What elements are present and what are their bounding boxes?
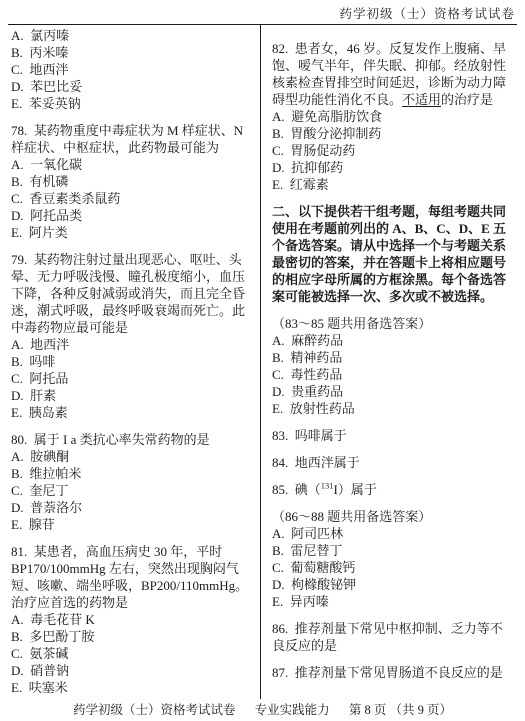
text-line: 使用在考题前列出的 A、B、C、D、E 五 <box>272 220 520 237</box>
text-line: 迷，潮式呼吸，最终呼吸衰竭而死亡。此 <box>11 302 255 319</box>
text-line: 良反应的是 <box>272 637 520 654</box>
group-86-88-options: （86～88 题共用备选答案）A. 阿司匹林B. 雷尼替丁C. 葡萄糖酸钙D. … <box>272 508 520 610</box>
text-line: 80. 属于 I a 类抗心率失常药物的是 <box>11 431 255 448</box>
text-line: 案可能被选择一次、多次或不被选择。 <box>272 288 520 305</box>
text-line: C. 毒性药品 <box>272 366 520 383</box>
header-rule <box>8 24 517 25</box>
text-line: 下降，各种反射减弱或消失，而且完全昏 <box>11 285 255 302</box>
question-81: 81. 某患者，高血压病史 30 年，平时BP170/100mmHg 左右，突然… <box>11 543 255 696</box>
text-line: 的相应字母所属的方框涂黑。每个备选答 <box>272 271 520 288</box>
footer-page-info: 第 8 页 （共 9 页） <box>349 703 452 717</box>
text-line: A. 避免高脂肪饮食 <box>272 108 520 125</box>
question-78: 78. 某药物重度中毒症状为 M 样症状、N样症状、中枢症状，此药物最可能为A.… <box>11 122 255 241</box>
text-line: D. 苯巴比妥 <box>11 78 255 95</box>
text-line: 85. 碘（131I）属于 <box>272 481 520 498</box>
text-line: D. 阿托品类 <box>11 207 255 224</box>
footer-subject: 专业实践能力 <box>255 703 330 717</box>
question-86: 86. 推荐剂量下常见中枢抑制、乏力等不良反应的是 <box>272 620 520 654</box>
text-line: 83. 吗啡属于 <box>272 427 520 444</box>
question-77-options: A. 氯丙嗪B. 丙米嗪C. 地西泮D. 苯巴比妥E. 苯妥英钠 <box>11 27 255 112</box>
text-line: C. 阿托品 <box>11 370 255 387</box>
text-line: A. 麻醉药品 <box>272 332 520 349</box>
text-line: A. 阿司匹林 <box>272 525 520 542</box>
question-79: 79. 某药物注射过量出现恶心、呕吐、头晕、无力呼吸浅慢、瞳孔极度缩小，血压下降… <box>11 251 255 421</box>
text-line: 84. 地西泮属于 <box>272 454 520 471</box>
text-line: E. 红霉素 <box>272 176 520 193</box>
text-line: （86～88 题共用备选答案） <box>272 508 520 525</box>
text-line: B. 有机磷 <box>11 173 255 190</box>
text-line: 个备选答案。请从中选择一个与考题关系 <box>272 237 520 254</box>
text-line: E. 阿片类 <box>11 224 255 241</box>
page-header-title: 药学初级（士）资格考试试卷 <box>339 4 515 22</box>
text-line: A. 一氧化碳 <box>11 156 255 173</box>
text-line: 二、以下提供若干组考题，每组考题共同 <box>272 203 520 220</box>
text-line: A. 毒毛花苷 K <box>11 611 255 628</box>
column-divider <box>260 25 261 699</box>
text-line: D. 抗抑郁药 <box>272 159 520 176</box>
text-line: 79. 某药物注射过量出现恶心、呕吐、头 <box>11 251 255 268</box>
question-82: 82. 患者女，46 岁。反复发作上腹痛、早饱、嗳气半年，伴失眠、抑郁。经放射性… <box>272 40 520 193</box>
text-line: B. 丙米嗪 <box>11 44 255 61</box>
question-85: 85. 碘（131I）属于 <box>272 481 520 498</box>
text-line: 核素检查胃排空时间延迟，诊断为动力障 <box>272 74 520 91</box>
text-line: B. 精神药品 <box>272 349 520 366</box>
text-line: B. 多巴酚丁胺 <box>11 628 255 645</box>
text-line: E. 胰岛素 <box>11 404 255 421</box>
question-84: 84. 地西泮属于 <box>272 454 520 471</box>
text-line: D. 肝素 <box>11 387 255 404</box>
exam-footer: 药学初级（士）资格考试试卷 专业实践能力 第 8 页 （共 9 页） <box>0 700 525 718</box>
text-line: C. 香豆素类杀鼠药 <box>11 190 255 207</box>
text-line: C. 奎尼丁 <box>11 482 255 499</box>
text-line: C. 葡萄糖酸钙 <box>272 559 520 576</box>
column-left: A. 氯丙嗪B. 丙米嗪C. 地西泮D. 苯巴比妥E. 苯妥英钠78. 某药物重… <box>11 27 255 696</box>
text-line: E. 苯妥英钠 <box>11 95 255 112</box>
text-line: 82. 患者女，46 岁。反复发作上腹痛、早 <box>272 40 520 57</box>
text-line: 78. 某药物重度中毒症状为 M 样症状、N <box>11 122 255 139</box>
text-line: D. 贵重药品 <box>272 383 520 400</box>
text-line: B. 胃酸分泌抑制药 <box>272 125 520 142</box>
text-line: 中毒药物应最可能是 <box>11 319 255 336</box>
text-line: D. 硝普钠 <box>11 662 255 679</box>
text-line: E. 放射性药品 <box>272 400 520 417</box>
question-80: 80. 属于 I a 类抗心率失常药物的是A. 胺碘酮B. 维拉帕米C. 奎尼丁… <box>11 431 255 533</box>
text-line: E. 异丙嗪 <box>272 593 520 610</box>
text-line: A. 地西泮 <box>11 336 255 353</box>
question-87: 87. 推荐剂量下常见胃肠道不良反应的是 <box>272 664 520 681</box>
section-2-instructions: 二、以下提供若干组考题，每组考题共同使用在考题前列出的 A、B、C、D、E 五个… <box>272 203 520 305</box>
text-line: 最密切的答案，并在答题卡上将相应题号 <box>272 254 520 271</box>
text-line: E. 腺苷 <box>11 516 255 533</box>
text-line: D. 普萘洛尔 <box>11 499 255 516</box>
text-line: B. 雷尼替丁 <box>272 542 520 559</box>
text-line: 样症状、中枢症状，此药物最可能为 <box>11 139 255 156</box>
text-line: A. 氯丙嗪 <box>11 27 255 44</box>
text-line: 86. 推荐剂量下常见中枢抑制、乏力等不 <box>272 620 520 637</box>
text-line: 饱、嗳气半年，伴失眠、抑郁。经放射性 <box>272 57 520 74</box>
column-right: 82. 患者女，46 岁。反复发作上腹痛、早饱、嗳气半年，伴失眠、抑郁。经放射性… <box>272 27 520 681</box>
text-line: C. 氨茶碱 <box>11 645 255 662</box>
text-line: 87. 推荐剂量下常见胃肠道不良反应的是 <box>272 664 520 681</box>
question-83: 83. 吗啡属于 <box>272 427 520 444</box>
text-line: 碍型功能性消化不良。不适用的治疗是 <box>272 91 520 108</box>
text-line: A. 胺碘酮 <box>11 448 255 465</box>
text-line: C. 地西泮 <box>11 61 255 78</box>
text-line: E. 呋塞米 <box>11 679 255 696</box>
text-line: B. 维拉帕米 <box>11 465 255 482</box>
text-line: D. 枸橼酸铋钾 <box>272 576 520 593</box>
text-line: 81. 某患者，高血压病史 30 年，平时 <box>11 543 255 560</box>
footer-title: 药学初级（士）资格考试试卷 <box>73 703 236 717</box>
text-line: 晕、无力呼吸浅慢、瞳孔极度缩小，血压 <box>11 268 255 285</box>
text-line: 治疗应首选的药物是 <box>11 594 255 611</box>
text-line: C. 胃肠促动药 <box>272 142 520 159</box>
text-line: 短、咳嗽、端坐呼吸，BP200/110mmHg。 <box>11 577 255 594</box>
text-line: B. 吗啡 <box>11 353 255 370</box>
group-83-85-options: （83～85 题共用备选答案）A. 麻醉药品B. 精神药品C. 毒性药品D. 贵… <box>272 315 520 417</box>
text-line: （83～85 题共用备选答案） <box>272 315 520 332</box>
text-line: BP170/100mmHg 左右，突然出现胸闷气 <box>11 560 255 577</box>
